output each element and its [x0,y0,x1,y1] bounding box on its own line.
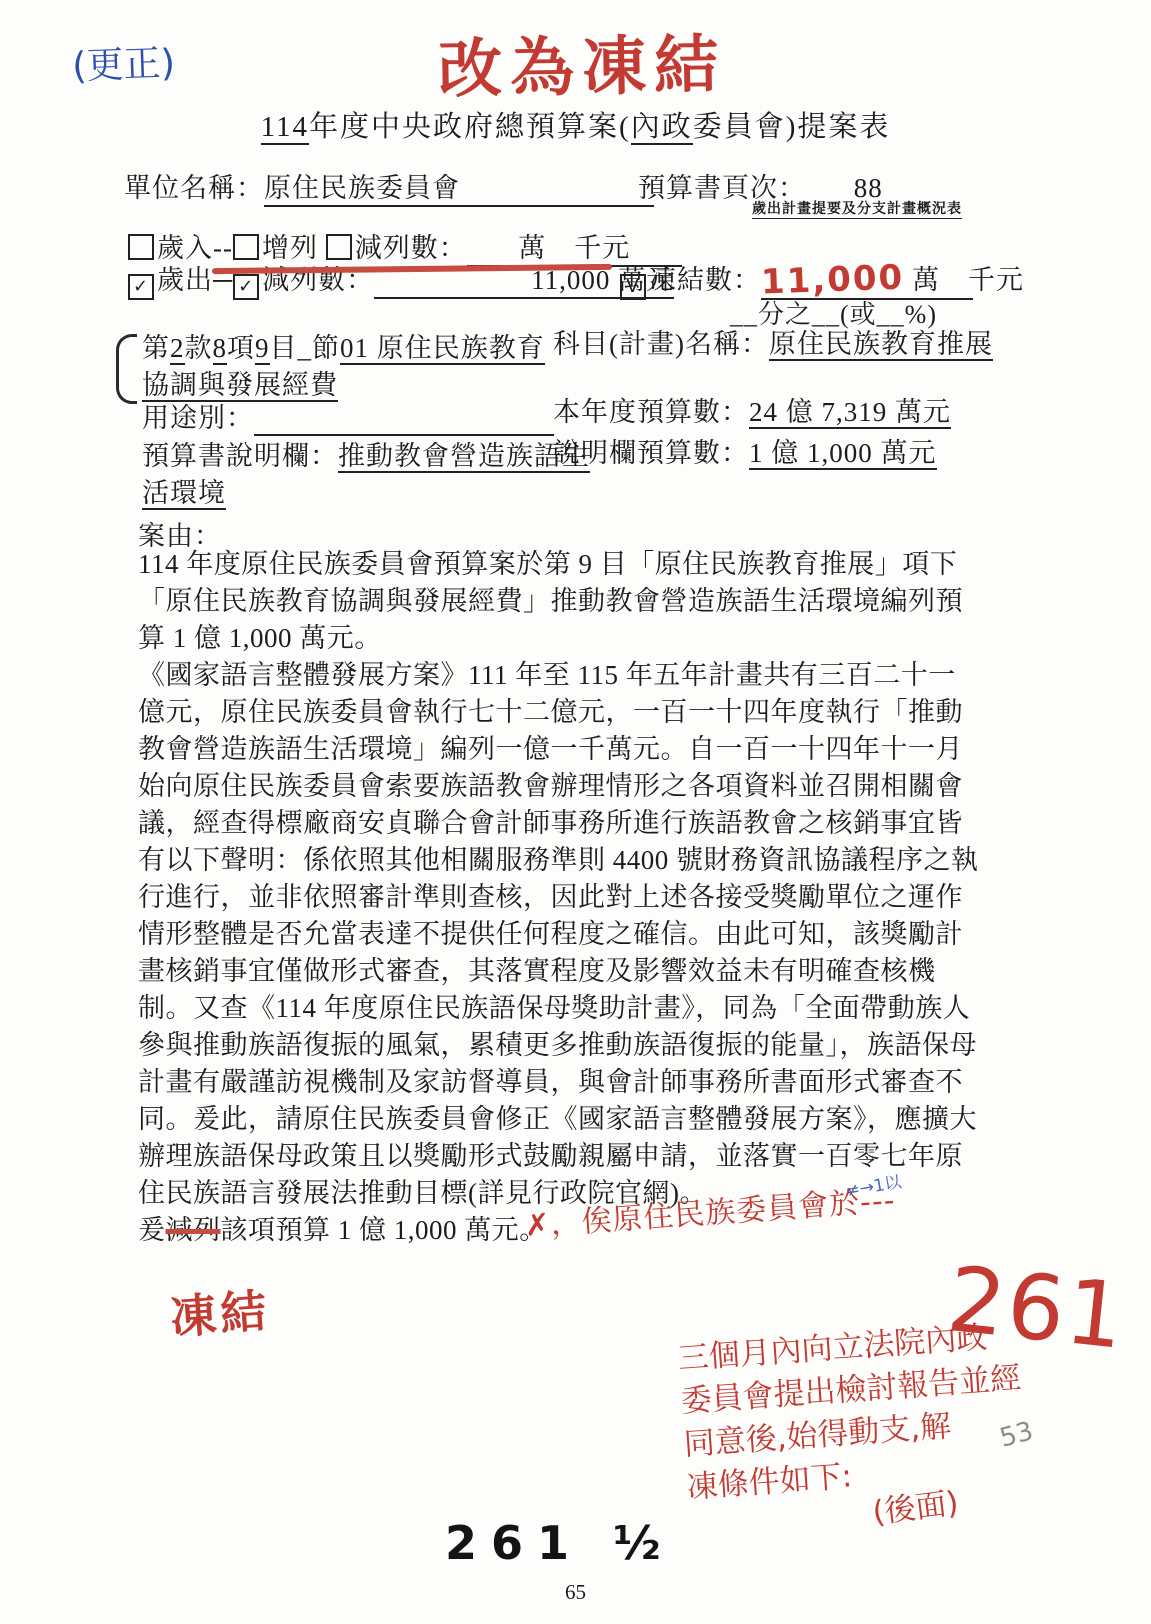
description-row-2: 活環境 [142,471,226,510]
case-body-line: 畫核銷事宜僅做形式審查，其落實程度及影響效益未有明確查核機 [138,953,1043,990]
purpose-label: 用途別： [142,403,254,433]
description-budget-row: 說明欄預算數：1 億 1,000 萬元 [553,431,937,470]
year-budget-value: 24 億 7,319 萬元 [749,397,951,429]
scanned-budget-proposal-document: (更正) 改為凍結 114年度中央政府總預算案(內政委員會)提案表 單位名稱：原… [0,0,1151,1624]
increase-checkbox [233,234,259,260]
case-body-text: 114 年度原住民族委員會預算案於第 9 目「原住民族教育推展」項下 「原住民族… [138,546,1043,1249]
final-line-struck-word: 減列 [166,1215,221,1245]
description-label: 預算書說明欄： [142,441,338,471]
item-name-part1: 01 原住民族教育 [340,333,545,365]
case-body-line: 行進行，並非依照審計準則查核，因此對上述各接受獎勵單位之運作 [138,879,1043,916]
item-text: 第 [142,333,170,363]
case-body-line: 參與推動族語復振的風氣，累積更多推動族語復振的能量」，族語保母 [138,1027,1043,1064]
case-body-line: 情形整體是否允當表達不提供任何程度之確信。由此可知，該獎勵計 [138,916,1043,953]
case-body-line: 「原住民族教育協調與發展經費」推動教會營造族語生活環境編列預 [138,583,1043,620]
description-budget-label: 說明欄預算數： [553,438,749,468]
description-budget-value: 1 億 1,000 萬元 [749,438,937,470]
case-body-line: 議，經查得標廠商安貞聯合會計師事務所進行族語教會之核銷事宜皆 [138,805,1043,842]
case-body-line: 始向原住民族委員會索要族語教會辦理情形之各項資料並召開相關會 [138,768,1043,805]
subject-value: 原住民族教育推展 [769,329,993,361]
case-body-line: 114 年度原住民族委員會預算案於第 9 目「原住民族教育推展」項下 [138,546,1043,583]
title-suffix: 委員會)提案表 [693,111,891,143]
item-mu-number: 9 [255,333,270,365]
unit-name-label: 單位名稱： [124,173,264,203]
budget-page-note: 歲出計畫提要及分支計畫概況表 [752,198,962,219]
case-body-line: 教會營造族語生活環境」編列一億一千萬元。自一百一十四年十一月 [138,731,1043,768]
case-body-line: 算 1 億 1,000 萬元。 [138,620,1043,657]
title-committee: 內政 [631,111,693,145]
back-side-note: (後面) [870,1477,961,1532]
revenue-decrease-checkbox [326,234,352,260]
item-text: 款 [185,333,213,363]
red-proposal-number: 261 [943,1247,1131,1370]
freeze-stamp-handwritten: 凍結 [168,1275,272,1348]
expenditure-label: 歲出 [157,265,213,295]
freeze-checkbox: V [620,274,646,300]
unit-name-value: 原住民族委員會 [264,173,460,203]
case-body-line: 有以下聲明：係依照其他相關服務準則 4400 號財務資訊協議程序之執 [138,842,1043,879]
case-body-line: 億元，原住民族委員會執行七十二億元，一百一十四年度執行「推動 [138,694,1043,731]
item-text: 項 [227,333,255,363]
top-annotation-handwritten: 改為凍結 [437,13,727,110]
freeze-unit-suffix: 萬 千元 [912,265,1024,295]
revenue-checkbox [128,234,154,260]
expenditure-checkbox: ✓ [128,274,154,300]
case-body-line: 《國家語言整體發展方案》111 年至 115 年五年計畫共有三百二十一 [138,657,1043,694]
document-title: 114年度中央政府總預算案(內政委員會)提案表 [0,104,1151,145]
correction-mark-handwritten: (更正) [71,32,176,90]
case-body-line: 辦理族語保母政策且以獎勵形式鼓勵親屬申請，並落實一百零七年原 [138,1138,1043,1175]
year-budget-label: 本年度預算數： [553,397,749,427]
subject-row: 科目(計畫)名稱：原住民族教育推展 [553,322,993,361]
item-line-1: 第2款8項9目_節01 原住民族教育 [142,326,545,365]
year-budget-row: 本年度預算數：24 億 7,319 萬元 [553,390,951,429]
description-row: 預算書說明欄：推動教會營造族語生 [142,434,590,473]
case-body-line: 計畫有嚴謹訪視機制及家訪督導員，與會計師事務所書面形式審查不 [138,1064,1043,1101]
expenditure-decrease-checkbox: ✓ [233,274,259,300]
page-number: 65 [0,1580,1151,1605]
item-xiang-number: 8 [213,333,228,365]
description-value-line2: 活環境 [142,478,226,510]
item-kuan-number: 2 [170,333,185,365]
title-year: 114 [261,111,309,145]
subject-label: 科目(計畫)名稱： [553,329,769,359]
title-mid: 年度中央政府總預算案( [309,111,631,143]
hand-drawn-bracket [116,334,137,404]
item-text: 目_節 [270,333,341,363]
case-body-line: 同。爰此，請原住民族委員會修正《國家語言整體發展方案》，應擴大 [138,1101,1043,1138]
final-line-rest: 該項預算 1 億 1,000 萬元。 [221,1215,547,1245]
purpose-row: 用途別： [142,396,554,436]
freeze-label: 凍結數： [649,265,761,295]
black-marker-number: 261 ½ [445,1516,675,1570]
final-line-prefix: 爰 [138,1215,166,1245]
case-body-line: 制。又查《114 年度原住民族語保母獎助計畫》，同為「全面帶動族人 [138,990,1043,1027]
unit-name-row: 單位名稱：原住民族委員會 [124,166,654,207]
